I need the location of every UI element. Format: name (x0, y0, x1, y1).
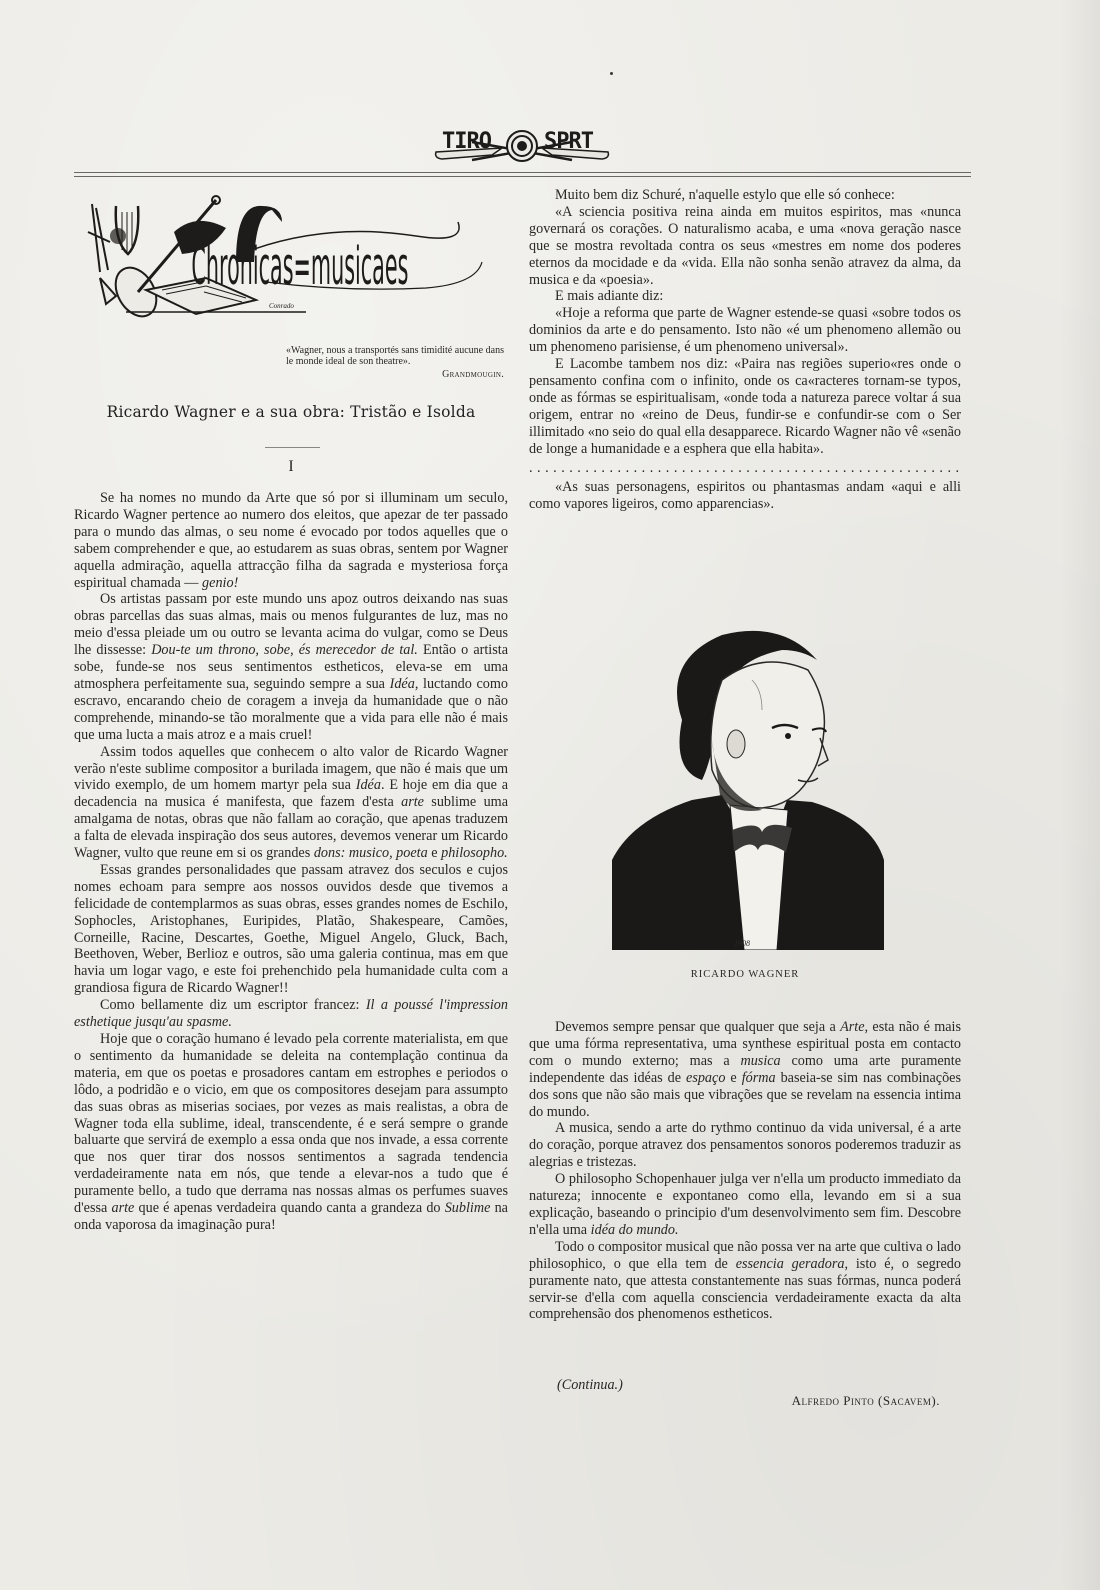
paper-speck (610, 72, 613, 75)
paragraph: Devemos sempre pensar que qualquer que s… (529, 1019, 961, 1120)
section-number: I (74, 458, 508, 476)
paragraph: Os artistas passam por este mundo uns ap… (74, 591, 508, 743)
header-rule (74, 172, 971, 173)
epigraph: «Wagner, nous a transportés sans timidit… (286, 345, 504, 380)
target-with-rifles-icon: TIRO SPRT (432, 118, 612, 166)
portrait-image: 1908 (612, 620, 884, 950)
portrait-caption: RICARDO WAGNER (529, 969, 961, 980)
section-header-chronicas-musicaes: Conrado Chronicas=musicaes (86, 192, 496, 327)
paragraph: «As suas personagens, espiritos ou phant… (529, 479, 961, 513)
ricardo-wagner-portrait-engraving: 1908 (612, 620, 884, 950)
title-divider (265, 447, 320, 448)
left-column: Se ha nomes no mundo da Arte que só por … (74, 490, 508, 1234)
paragraph: «A sciencia positiva reina ainda em muit… (529, 204, 961, 289)
svg-text:1908: 1908 (734, 939, 750, 948)
article-title: Ricardo Wagner e a sua obra: Tristão e I… (74, 403, 508, 421)
paragraph: E Lacombe tambem nos diz: «Paira nas reg… (529, 356, 961, 457)
svg-text:Conrado: Conrado (269, 302, 294, 310)
epigraph-quote: «Wagner, nous a transportés sans timidit… (286, 345, 504, 367)
paragraph: Todo o compositor musical que não possa … (529, 1239, 961, 1324)
paragraph: Assim todos aquelles que conhecem o alto… (74, 744, 508, 862)
svg-text:Chronicas=musicaes: Chronicas=musicaes (191, 237, 408, 297)
continua-note: (Continua.) (557, 1377, 623, 1394)
paragraph: Hoje que o coração humano é levado pela … (74, 1031, 508, 1234)
right-column-top: Muito bem diz Schuré, n'aquelle estylo q… (529, 187, 961, 513)
paragraph: O philosopho Schopenhauer julga ver n'el… (529, 1171, 961, 1239)
svg-text:SPRT: SPRT (544, 129, 594, 154)
paragraph: A musica, sendo a arte do rythmo continu… (529, 1120, 961, 1171)
ellipsis-row: ........................................… (529, 460, 961, 477)
masthead-logo: TIRO SPRT (432, 118, 612, 166)
paragraph: Como bellamente diz um escriptor francez… (74, 997, 508, 1031)
paragraph: «Hoje a reforma que parte de Wagner este… (529, 305, 961, 356)
paragraph: E mais adiante diz: (529, 288, 961, 305)
page-edge-shadow (1060, 0, 1100, 1590)
author-signature: Alfredo Pinto (Sacavem). (700, 1393, 940, 1409)
svg-text:TIRO: TIRO (442, 129, 492, 154)
paragraph: Se ha nomes no mundo da Arte que só por … (74, 490, 508, 591)
header-rule-secondary (74, 176, 971, 177)
paragraph: Essas grandes personalidades que passam … (74, 862, 508, 997)
epigraph-author: Grandmougin. (286, 369, 504, 380)
right-column-bottom: Devemos sempre pensar que qualquer que s… (529, 1019, 961, 1323)
paragraph: Muito bem diz Schuré, n'aquelle estylo q… (529, 187, 961, 204)
